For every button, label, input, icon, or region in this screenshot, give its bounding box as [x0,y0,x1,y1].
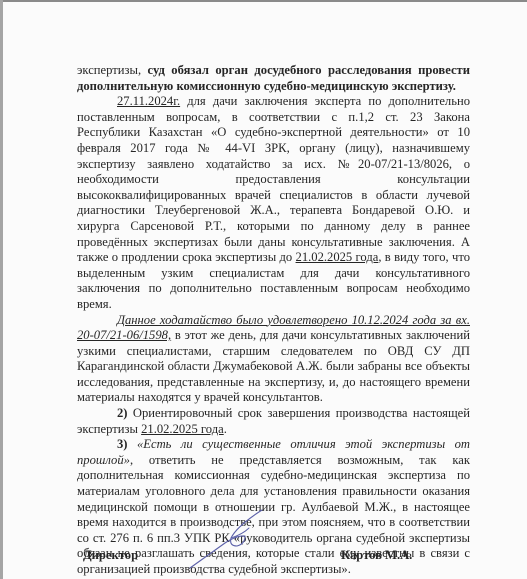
extension-deadline: 21.02.2025 года [296,250,379,264]
paragraph-lead-text: экспертизы, [77,63,148,77]
petition-text-a: для дачи заключения эксперта по дополнит… [77,94,470,264]
signature-row: Директор Картов М.А. [0,548,527,568]
scan-top-border [0,0,527,2]
petition-date: 27.11.2024г. [117,94,180,108]
paragraph-petition: 27.11.2024г. для дачи заключения эксперт… [77,94,470,312]
scan-left-border [0,0,3,579]
item-2-text: Ориентировочный срок завершения производ… [77,406,470,436]
document-body: экспертизы, суд обязал орган досудебного… [77,63,470,578]
paragraph-item-2: 2) Ориентировочный срок завершения произ… [77,406,470,437]
item-number-2: 2) [117,406,128,420]
item-2-end: . [224,422,227,436]
item-number-3: 3) [117,437,128,451]
paragraph-court-order: экспертизы, суд обязал орган досудебного… [77,63,470,94]
signatory-title: Директор [83,548,138,563]
completion-date: 21.02.2025 года [141,422,224,436]
paragraph-petition-granted: Данное ходатайство было удовлетворено 10… [77,313,470,407]
signatory-name: Картов М.А. [341,548,412,563]
